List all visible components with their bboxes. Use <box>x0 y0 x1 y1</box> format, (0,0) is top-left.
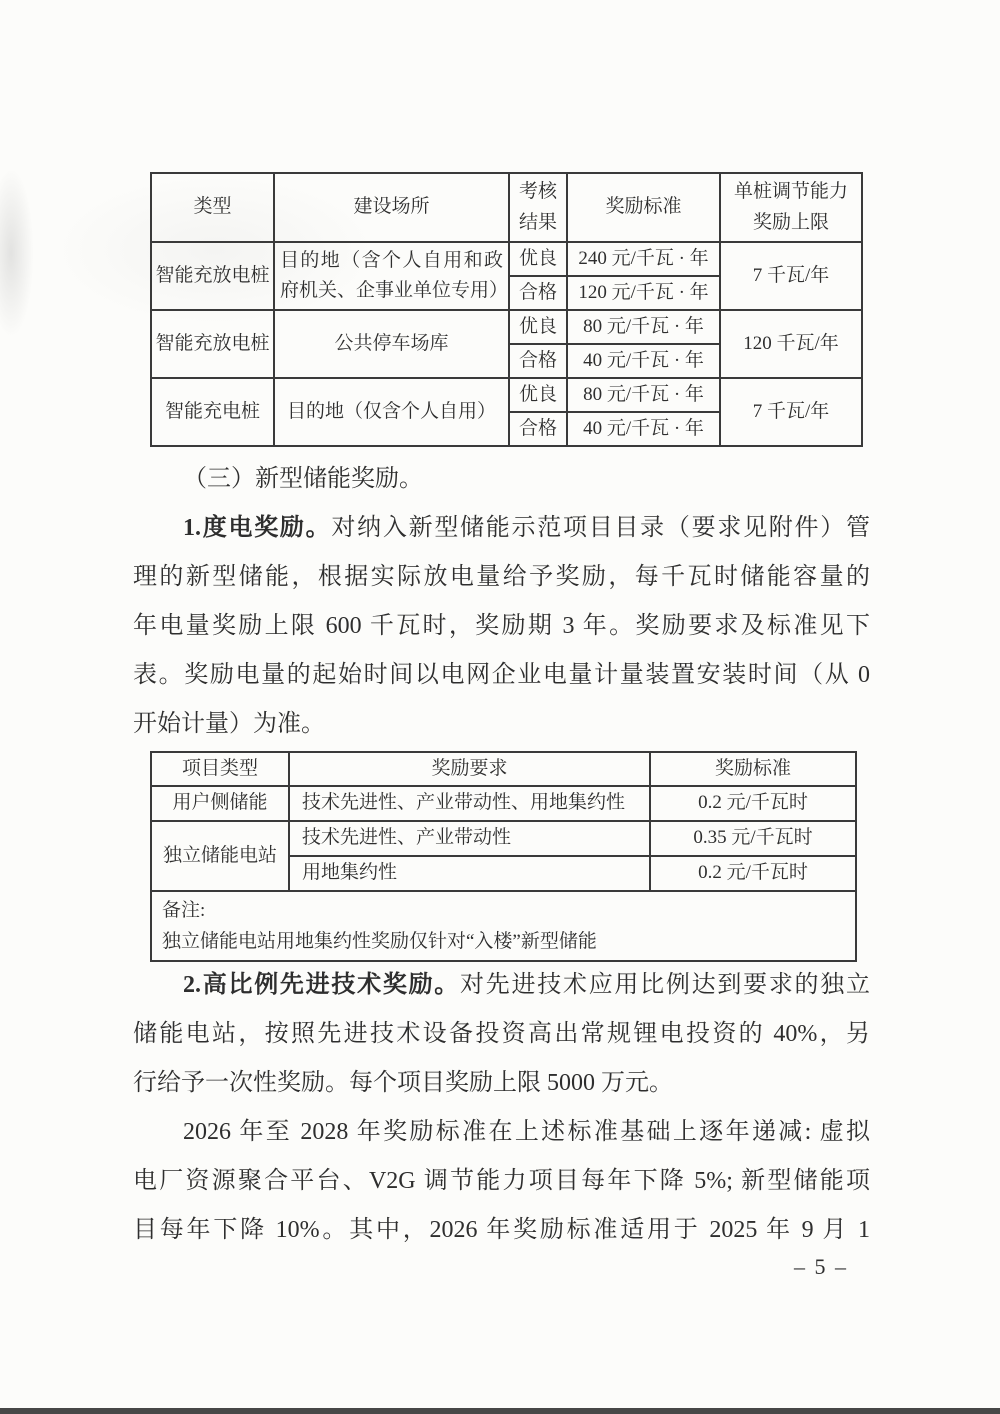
scan-bottom-edge <box>0 1408 1000 1414</box>
scan-smudge <box>0 168 34 338</box>
cell-site: 目的地（仅含个人自用） <box>274 378 509 446</box>
cell-requirement: 技术先进性、产业带动性、用地集约性 <box>289 786 650 821</box>
text-line: 储能电站，按照先进技术设备投资高出常规锂电投资的 40%，另 <box>133 1010 870 1059</box>
note-cell: 备注: 独立储能电站用地集约性奖励仅针对“入楼”新型储能 <box>151 891 856 961</box>
cell-result: 合格 <box>509 344 567 378</box>
th-assess-line1: 考核 <box>519 181 557 202</box>
text-line: 年电量奖励上限 600 千瓦时，奖励期 3 年。奖励要求及标准见下 <box>133 602 870 651</box>
text-line: 1.度电奖励。对纳入新型储能示范项目目录（要求见附件）管 <box>133 504 870 553</box>
text-segment: 2026 年至 2028 年奖励标准在上述标准基础上逐年递减: 虚拟 <box>183 1119 870 1145</box>
cell-type: 智能充电桩 <box>151 378 274 446</box>
text-line: 2.高比例先进技术奖励。对先进技术应用比例达到要求的独立 <box>133 961 870 1010</box>
cell-project-type: 独立储能电站 <box>151 821 289 891</box>
th-assess-line2: 结果 <box>519 212 557 233</box>
cell-standard: 0.2 元/千瓦时 <box>650 856 856 891</box>
cell-requirement: 技术先进性、产业带动性 <box>289 821 650 856</box>
cell-result: 合格 <box>509 276 567 310</box>
th-requirement: 奖励要求 <box>289 752 650 786</box>
cell-requirement: 用地集约性 <box>289 856 650 891</box>
th-cap-line2: 奖励上限 <box>753 212 829 233</box>
th-standard: 奖励标准 <box>650 752 856 786</box>
cell-site: 公共停车场库 <box>274 310 509 378</box>
text-segment: 理的新型储能，根据实际放电量给予奖励，每千瓦时储能容量的 <box>133 564 870 590</box>
th-standard: 奖励标准 <box>567 173 720 242</box>
cell-standard: 240 元/千瓦 · 年 <box>567 242 720 276</box>
th-cap-line1: 单桩调节能力 <box>734 181 848 202</box>
bold-text-segment: 2.高比例先进技术奖励。 <box>183 972 460 998</box>
th-project-type: 项目类型 <box>151 752 289 786</box>
table-row: 智能充放电桩 目的地（含个人自用和政府机关、企事业单位专用） 优良 240 元/… <box>151 242 862 276</box>
table-header-row: 项目类型 奖励要求 奖励标准 <box>151 752 856 786</box>
text-line: 理的新型储能，根据实际放电量给予奖励，每千瓦时储能容量的 <box>133 553 870 602</box>
text-segment: 开始计量）为准。 <box>133 711 325 737</box>
text-line: 2026 年至 2028 年奖励标准在上述标准基础上逐年递减: 虚拟 <box>133 1108 870 1157</box>
text-segment: 年电量奖励上限 600 千瓦时，奖励期 3 年。奖励要求及标准见下 <box>133 613 870 639</box>
body-block-1: （三）新型储能奖励。1.度电奖励。对纳入新型储能示范项目目录（要求见附件）管理的… <box>133 455 870 749</box>
note-text: 独立储能电站用地集约性奖励仅针对“入楼”新型储能 <box>162 926 845 957</box>
cell-type: 智能充放电桩 <box>151 310 274 378</box>
table-row: 用户侧储能 技术先进性、产业带动性、用地集约性 0.2 元/千瓦时 <box>151 786 856 821</box>
cell-result: 优良 <box>509 310 567 344</box>
cell-standard: 80 元/千瓦 · 年 <box>567 378 720 412</box>
th-assess-result: 考核结果 <box>509 173 567 242</box>
document-page: 类型 建设场所 考核结果 奖励标准 单桩调节能力奖励上限 智能充放电桩 目的地（… <box>0 0 1000 1414</box>
text-line: （三）新型储能奖励。 <box>133 455 870 504</box>
cell-type: 智能充放电桩 <box>151 242 274 310</box>
page-number: – 5 – <box>133 1243 848 1291</box>
text-line: 电厂资源聚合平台、V2G 调节能力项目每年下降 5%; 新型储能项 <box>133 1157 870 1206</box>
text-segment: 目每年下降 10%。其中，2026 年奖励标准适用于 2025 年 9 月 1 <box>133 1217 870 1243</box>
text-line: 行给予一次性奖励。每个项目奖励上限 5000 万元。 <box>133 1059 870 1108</box>
storage-reward-table: 项目类型 奖励要求 奖励标准 用户侧储能 技术先进性、产业带动性、用地集约性 0… <box>150 751 857 962</box>
body-block-2: 2.高比例先进技术奖励。对先进技术应用比例达到要求的独立储能电站，按照先进技术设… <box>133 961 870 1255</box>
text-segment: 表。奖励电量的起始时间以电网企业电量计量装置安装时间（从 0 <box>133 662 870 688</box>
text-segment: 储能电站，按照先进技术设备投资高出常规锂电投资的 40%，另 <box>133 1021 870 1047</box>
th-type: 类型 <box>151 173 274 242</box>
note-label: 备注: <box>162 895 845 926</box>
cell-result: 优良 <box>509 378 567 412</box>
table-row: 智能充电桩 目的地（仅含个人自用） 优良 80 元/千瓦 · 年 7 千瓦/年 <box>151 378 862 412</box>
text-segment: 对先进技术应用比例达到要求的独立 <box>460 972 870 998</box>
cell-cap: 7 千瓦/年 <box>720 378 862 446</box>
bold-text-segment: 1.度电奖励。 <box>183 515 331 541</box>
cell-standard: 0.35 元/千瓦时 <box>650 821 856 856</box>
cell-standard: 80 元/千瓦 · 年 <box>567 310 720 344</box>
cell-standard: 40 元/千瓦 · 年 <box>567 344 720 378</box>
cell-cap: 120 千瓦/年 <box>720 310 862 378</box>
cell-site: 目的地（含个人自用和政府机关、企事业单位专用） <box>274 242 509 310</box>
table-note-row: 备注: 独立储能电站用地集约性奖励仅针对“入楼”新型储能 <box>151 891 856 961</box>
charging-pile-reward-table: 类型 建设场所 考核结果 奖励标准 单桩调节能力奖励上限 智能充放电桩 目的地（… <box>150 172 863 447</box>
text-segment: 行给予一次性奖励。每个项目奖励上限 5000 万元。 <box>133 1070 673 1096</box>
th-cap: 单桩调节能力奖励上限 <box>720 173 862 242</box>
text-line: 开始计量）为准。 <box>133 700 870 749</box>
text-line: 表。奖励电量的起始时间以电网企业电量计量装置安装时间（从 0 <box>133 651 870 700</box>
cell-cap: 7 千瓦/年 <box>720 242 862 310</box>
cell-project-type: 用户侧储能 <box>151 786 289 821</box>
text-segment: （三）新型储能奖励。 <box>183 466 423 492</box>
th-site: 建设场所 <box>274 173 509 242</box>
table-row: 智能充放电桩 公共停车场库 优良 80 元/千瓦 · 年 120 千瓦/年 <box>151 310 862 344</box>
text-segment: 对纳入新型储能示范项目目录（要求见附件）管 <box>331 515 870 541</box>
table-header-row: 类型 建设场所 考核结果 奖励标准 单桩调节能力奖励上限 <box>151 173 862 242</box>
text-segment: 电厂资源聚合平台、V2G 调节能力项目每年下降 5%; 新型储能项 <box>133 1168 870 1194</box>
cell-result: 合格 <box>509 412 567 446</box>
table-row: 独立储能电站 技术先进性、产业带动性 0.35 元/千瓦时 <box>151 821 856 856</box>
cell-standard: 40 元/千瓦 · 年 <box>567 412 720 446</box>
cell-standard: 0.2 元/千瓦时 <box>650 786 856 821</box>
cell-result: 优良 <box>509 242 567 276</box>
cell-standard: 120 元/千瓦 · 年 <box>567 276 720 310</box>
